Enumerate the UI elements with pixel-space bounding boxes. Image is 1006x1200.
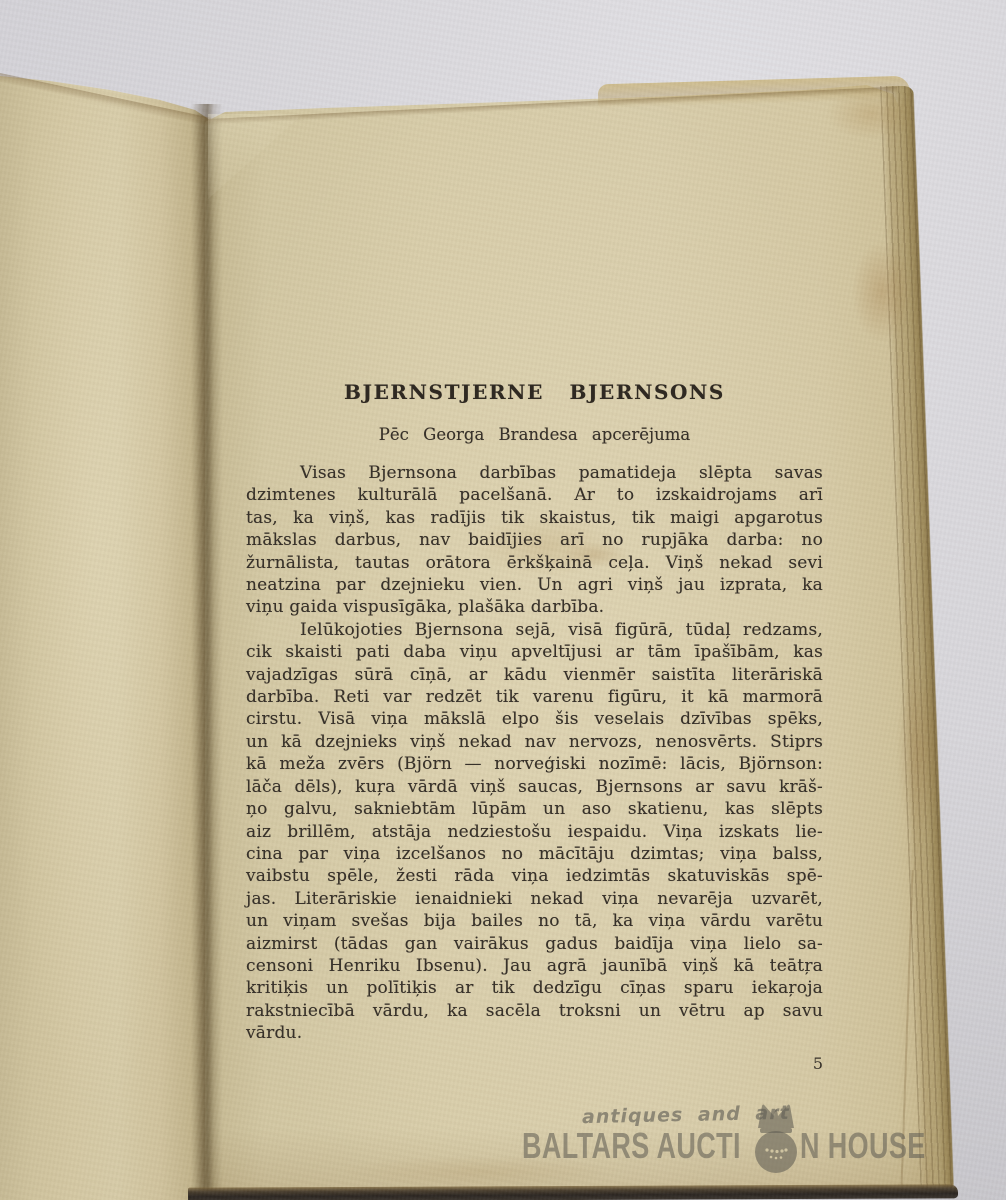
text-line: vajadzīgas sūrā cīņā, ar kādu vienmēr sa… — [246, 664, 823, 686]
book-cover-edge — [188, 1184, 958, 1200]
text-line: neatzina par dzejnieku vien. Un agri viņ… — [246, 574, 823, 596]
paragraph: Ielūkojoties Bjernsona sejā, visā figūrā… — [246, 619, 823, 1045]
text-line: mākslas darbus, nav baidījies arī no rup… — [246, 529, 823, 551]
text-line: Visas Bjernsona darbības pamatideja slēp… — [246, 462, 823, 484]
text-line: lāča dēls), kuŗa vārdā viņš saucas, Bjer… — [246, 776, 823, 798]
paragraph: Visas Bjernsona darbības pamatideja slēp… — [246, 462, 823, 619]
text-line: vaibstu spēle, žesti rāda viņa iedzimtās… — [246, 865, 823, 887]
text-line: cina par viņa izcelšanos no mācītāju dzi… — [246, 843, 823, 865]
text-line: un viņam svešas bija bailes no tā, ka vi… — [246, 910, 823, 932]
text-line: žurnālista, tautas orātora ērkšķainā ceļ… — [246, 552, 823, 574]
text-line: kritiķis un polītiķis ar tik dedzīgu cīņ… — [246, 977, 823, 999]
text-line: ņo galvu, sakniebtām lūpām un aso skatie… — [246, 798, 823, 820]
page-number: 5 — [246, 1054, 823, 1073]
book-left-page — [0, 0, 213, 1200]
text-line: aizmirst (tādas gan vairākus gadus baidī… — [246, 933, 823, 955]
text-line: rakstniecībā vārdu, ka sacēla troksni un… — [246, 1000, 823, 1022]
text-line: vārdu. — [246, 1022, 823, 1044]
chapter-title: BJERNSTJERNE BJERNSONS — [246, 379, 823, 405]
text-line: kā meža zvērs (Björn — norveģiski nozīmē… — [246, 753, 823, 775]
text-line: jas. Literāriskie ienaidnieki nekad viņa… — [246, 888, 823, 910]
text-line: un kā dzejnieks viņš nekad nav nervozs, … — [246, 731, 823, 753]
text-line: Ielūkojoties Bjernsona sejā, visā figūrā… — [246, 619, 823, 641]
text-line: cirstu. Visā viņa mākslā elpo šis vesela… — [246, 708, 823, 730]
text-line: dzimtenes kulturālā pacelšanā. Ar to izs… — [246, 484, 823, 506]
book-gutter-shadow — [191, 104, 223, 1192]
text-line: tas, ka viņš, kas radījis tik skaistus, … — [246, 507, 823, 529]
chapter-subtitle: Pēc Georga Brandesa apcerējuma — [246, 424, 823, 446]
text-line: censoni Henriku Ibsenu). Jau agrā jaunīb… — [246, 955, 823, 977]
text-line: darbība. Reti var redzēt tik varenu figū… — [246, 686, 823, 708]
text-line: aiz brillēm, atstāja nedziestošu iespaid… — [246, 821, 823, 843]
page-text: BJERNSTJERNE BJERNSONS Pēc Georga Brande… — [246, 379, 823, 1045]
text-line: viņu gaida vispusīgāka, plašāka darbība. — [246, 596, 823, 618]
text-line: cik skaisti pati daba viņu apveltījusi a… — [246, 641, 823, 663]
